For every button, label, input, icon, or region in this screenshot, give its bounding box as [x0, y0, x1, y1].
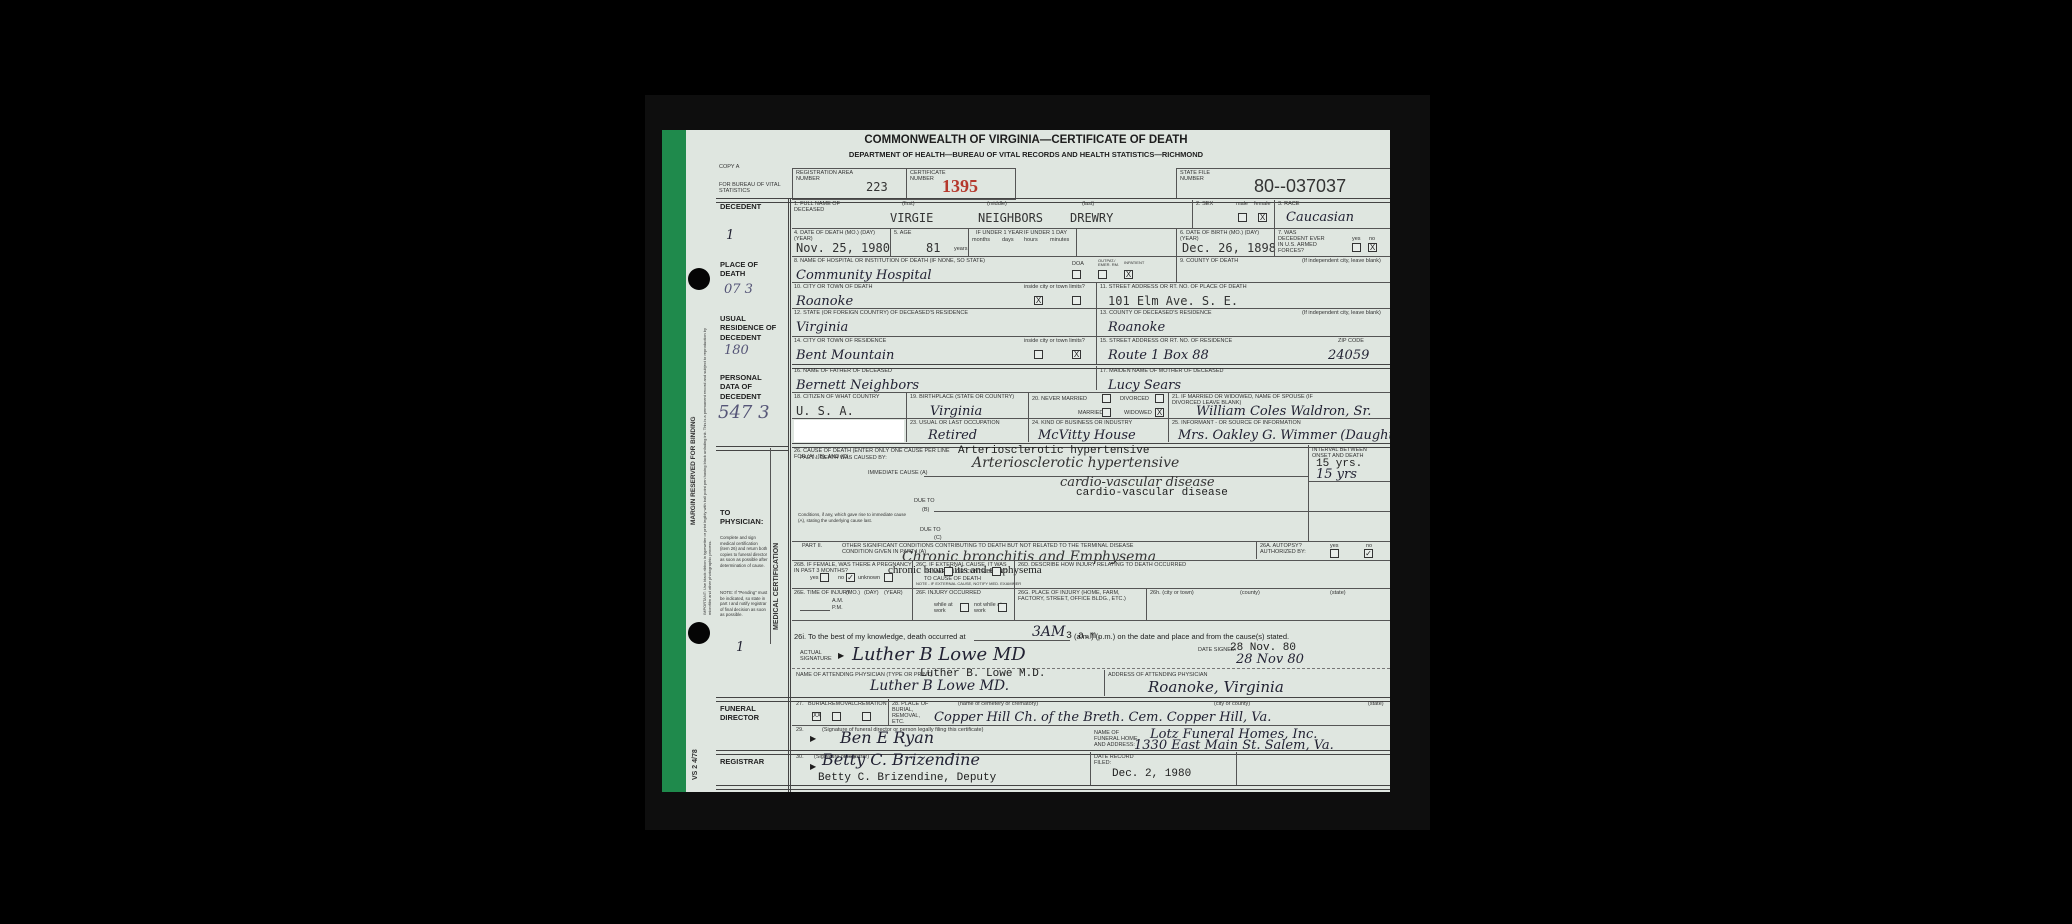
death-street-address: 101 Elm Ave. S. E.: [1108, 294, 1238, 308]
citizenship: U. S. A.: [796, 404, 854, 418]
while-at-work-checkbox: [960, 603, 969, 612]
mother-maiden-name: Lucy Sears: [1108, 378, 1181, 393]
punch-hole-icon: [688, 622, 710, 644]
cremation-checkbox: [862, 712, 871, 721]
zip-code: 24059: [1328, 348, 1369, 363]
married-checkbox: [1102, 408, 1111, 417]
doa-checkbox: [1072, 270, 1081, 279]
section-to-physician: TO PHYSICIAN:: [720, 508, 768, 527]
spouse-name: William Coles Waldron, Sr.: [1196, 404, 1371, 419]
binding-margin-label: MARGIN RESERVED FOR BINDING: [690, 416, 697, 525]
registrar-signature: Betty C. Brizendine: [822, 750, 980, 769]
decedent-middle-name: NEIGHBORS: [978, 211, 1043, 225]
registrar-typed-name: Betty C. Brizendine, Deputy: [818, 772, 996, 784]
physician-address: Roanoke, Virginia: [1148, 678, 1284, 696]
punch-hole-icon: [688, 268, 710, 290]
decedent-first-name: VIRGIE: [890, 211, 933, 225]
section-funeral-director: FUNERAL DIRECTOR: [720, 704, 780, 723]
certificate-number-stamp: 1395: [942, 176, 978, 197]
residence-county: Roanoke: [1108, 320, 1165, 335]
date-of-death: Nov. 25, 1980: [796, 241, 890, 255]
not-while-at-work-checkbox: [998, 603, 1007, 612]
widowed-checkbox: X: [1155, 408, 1164, 417]
funeral-home-address: 1330 East Main St. Salem, Va.: [1134, 738, 1334, 753]
important-note: IMPORTANT: Use black ribbon in typewrite…: [702, 315, 712, 615]
registration-area-number: 223: [866, 180, 888, 194]
hospital: Community Hospital: [796, 268, 931, 283]
pregnancy-yes-checkbox: [820, 573, 829, 582]
immediate-cause-typed: cardio-vascular disease: [1076, 487, 1228, 499]
race: Caucasian: [1286, 210, 1354, 225]
residence-state: Virginia: [796, 320, 848, 335]
redacted-field: [794, 420, 904, 442]
residence-inside-yes-checkbox: [1034, 350, 1043, 359]
burial-checkbox: XX: [812, 712, 821, 721]
section-usual-residence: USUAL RESIDENCE OF DECEDENT: [720, 314, 780, 342]
arrow-icon: ▶: [810, 762, 816, 771]
decedent-last-name: DREWRY: [1070, 211, 1113, 225]
autopsy-no-checkbox: ✓: [1364, 549, 1373, 558]
arrow-icon: ▶: [838, 651, 844, 660]
place-of-burial: Copper Hill Ch. of the Breth. Cem. Coppe…: [934, 710, 1271, 725]
section-registrar: REGISTRAR: [720, 757, 764, 766]
medical-certification-label: MEDICAL CERTIFICATION: [773, 543, 780, 630]
armed-forces-yes-checkbox: [1352, 243, 1361, 252]
immediate-cause-handwritten: Arteriosclerotic hypertensive: [972, 455, 1179, 471]
city-of-death: Roanoke: [796, 294, 853, 309]
pregnancy-no-checkbox: ✓: [846, 573, 855, 582]
age: 81: [926, 241, 940, 255]
divorced-checkbox: [1155, 394, 1164, 403]
inpatient-checkbox: X: [1124, 270, 1133, 279]
sex-female-checkbox: X: [1258, 213, 1267, 222]
external-contributing-checkbox: [992, 567, 1001, 576]
autopsy-yes-checkbox: [1330, 549, 1339, 558]
for-bureau-label: FOR BUREAU OF VITAL STATISTICS: [719, 182, 781, 194]
certificate-title: COMMONWEALTH OF VIRGINIA—CERTIFICATE OF …: [662, 134, 1390, 146]
external-primary-checkbox: [944, 567, 953, 576]
father-name: Bernett Neighbors: [796, 378, 919, 393]
never-married-checkbox: [1102, 394, 1111, 403]
residence-city: Bent Mountain: [796, 348, 894, 363]
residence-street: Route 1 Box 88: [1108, 348, 1209, 363]
form-code: VS 2 4/78: [692, 749, 699, 780]
certificate-subtitle: DEPARTMENT OF HEALTH—BUREAU OF VITAL REC…: [662, 150, 1390, 159]
death-time-handwritten: 3AM: [1032, 624, 1065, 640]
section-decedent: DECEDENT: [720, 202, 761, 211]
birthplace: Virginia: [930, 404, 982, 419]
death-inside-no-checkbox: [1072, 296, 1081, 305]
physician-signature: Luther B Lowe MD: [852, 644, 1026, 665]
death-inside-yes-checkbox: X: [1034, 296, 1043, 305]
residence-inside-no-checkbox: X: [1072, 350, 1081, 359]
date-of-birth: Dec. 26, 1898: [1182, 241, 1276, 255]
pregnancy-unknown-checkbox: [884, 573, 893, 582]
state-file-number: 80--037037: [1254, 176, 1346, 197]
occupation: Retired: [928, 428, 977, 443]
section-place-of-death: PLACE OF DEATH: [720, 260, 780, 279]
informant: Mrs. Oakley G. Wimmer (Daughter): [1178, 428, 1390, 443]
green-binding-stripe: [662, 130, 686, 792]
removal-checkbox: [832, 712, 841, 721]
armed-forces-no-checkbox: X: [1368, 243, 1377, 252]
arrow-icon: ▶: [810, 734, 816, 743]
date-filed: Dec. 2, 1980: [1112, 768, 1191, 780]
death-certificate: MARGIN RESERVED FOR BINDING IMPORTANT: U…: [662, 130, 1390, 792]
copy-label: COPY A: [719, 164, 739, 170]
funeral-director-signature: Ben E Ryan: [840, 728, 934, 747]
sex-male-checkbox: [1238, 213, 1247, 222]
business: McVitty House: [1038, 428, 1136, 443]
section-personal-data: PERSONAL DATA OF DECEDENT: [720, 373, 780, 401]
margin-code-decedent: 1: [726, 228, 734, 243]
outpatient-checkbox: [1098, 270, 1107, 279]
